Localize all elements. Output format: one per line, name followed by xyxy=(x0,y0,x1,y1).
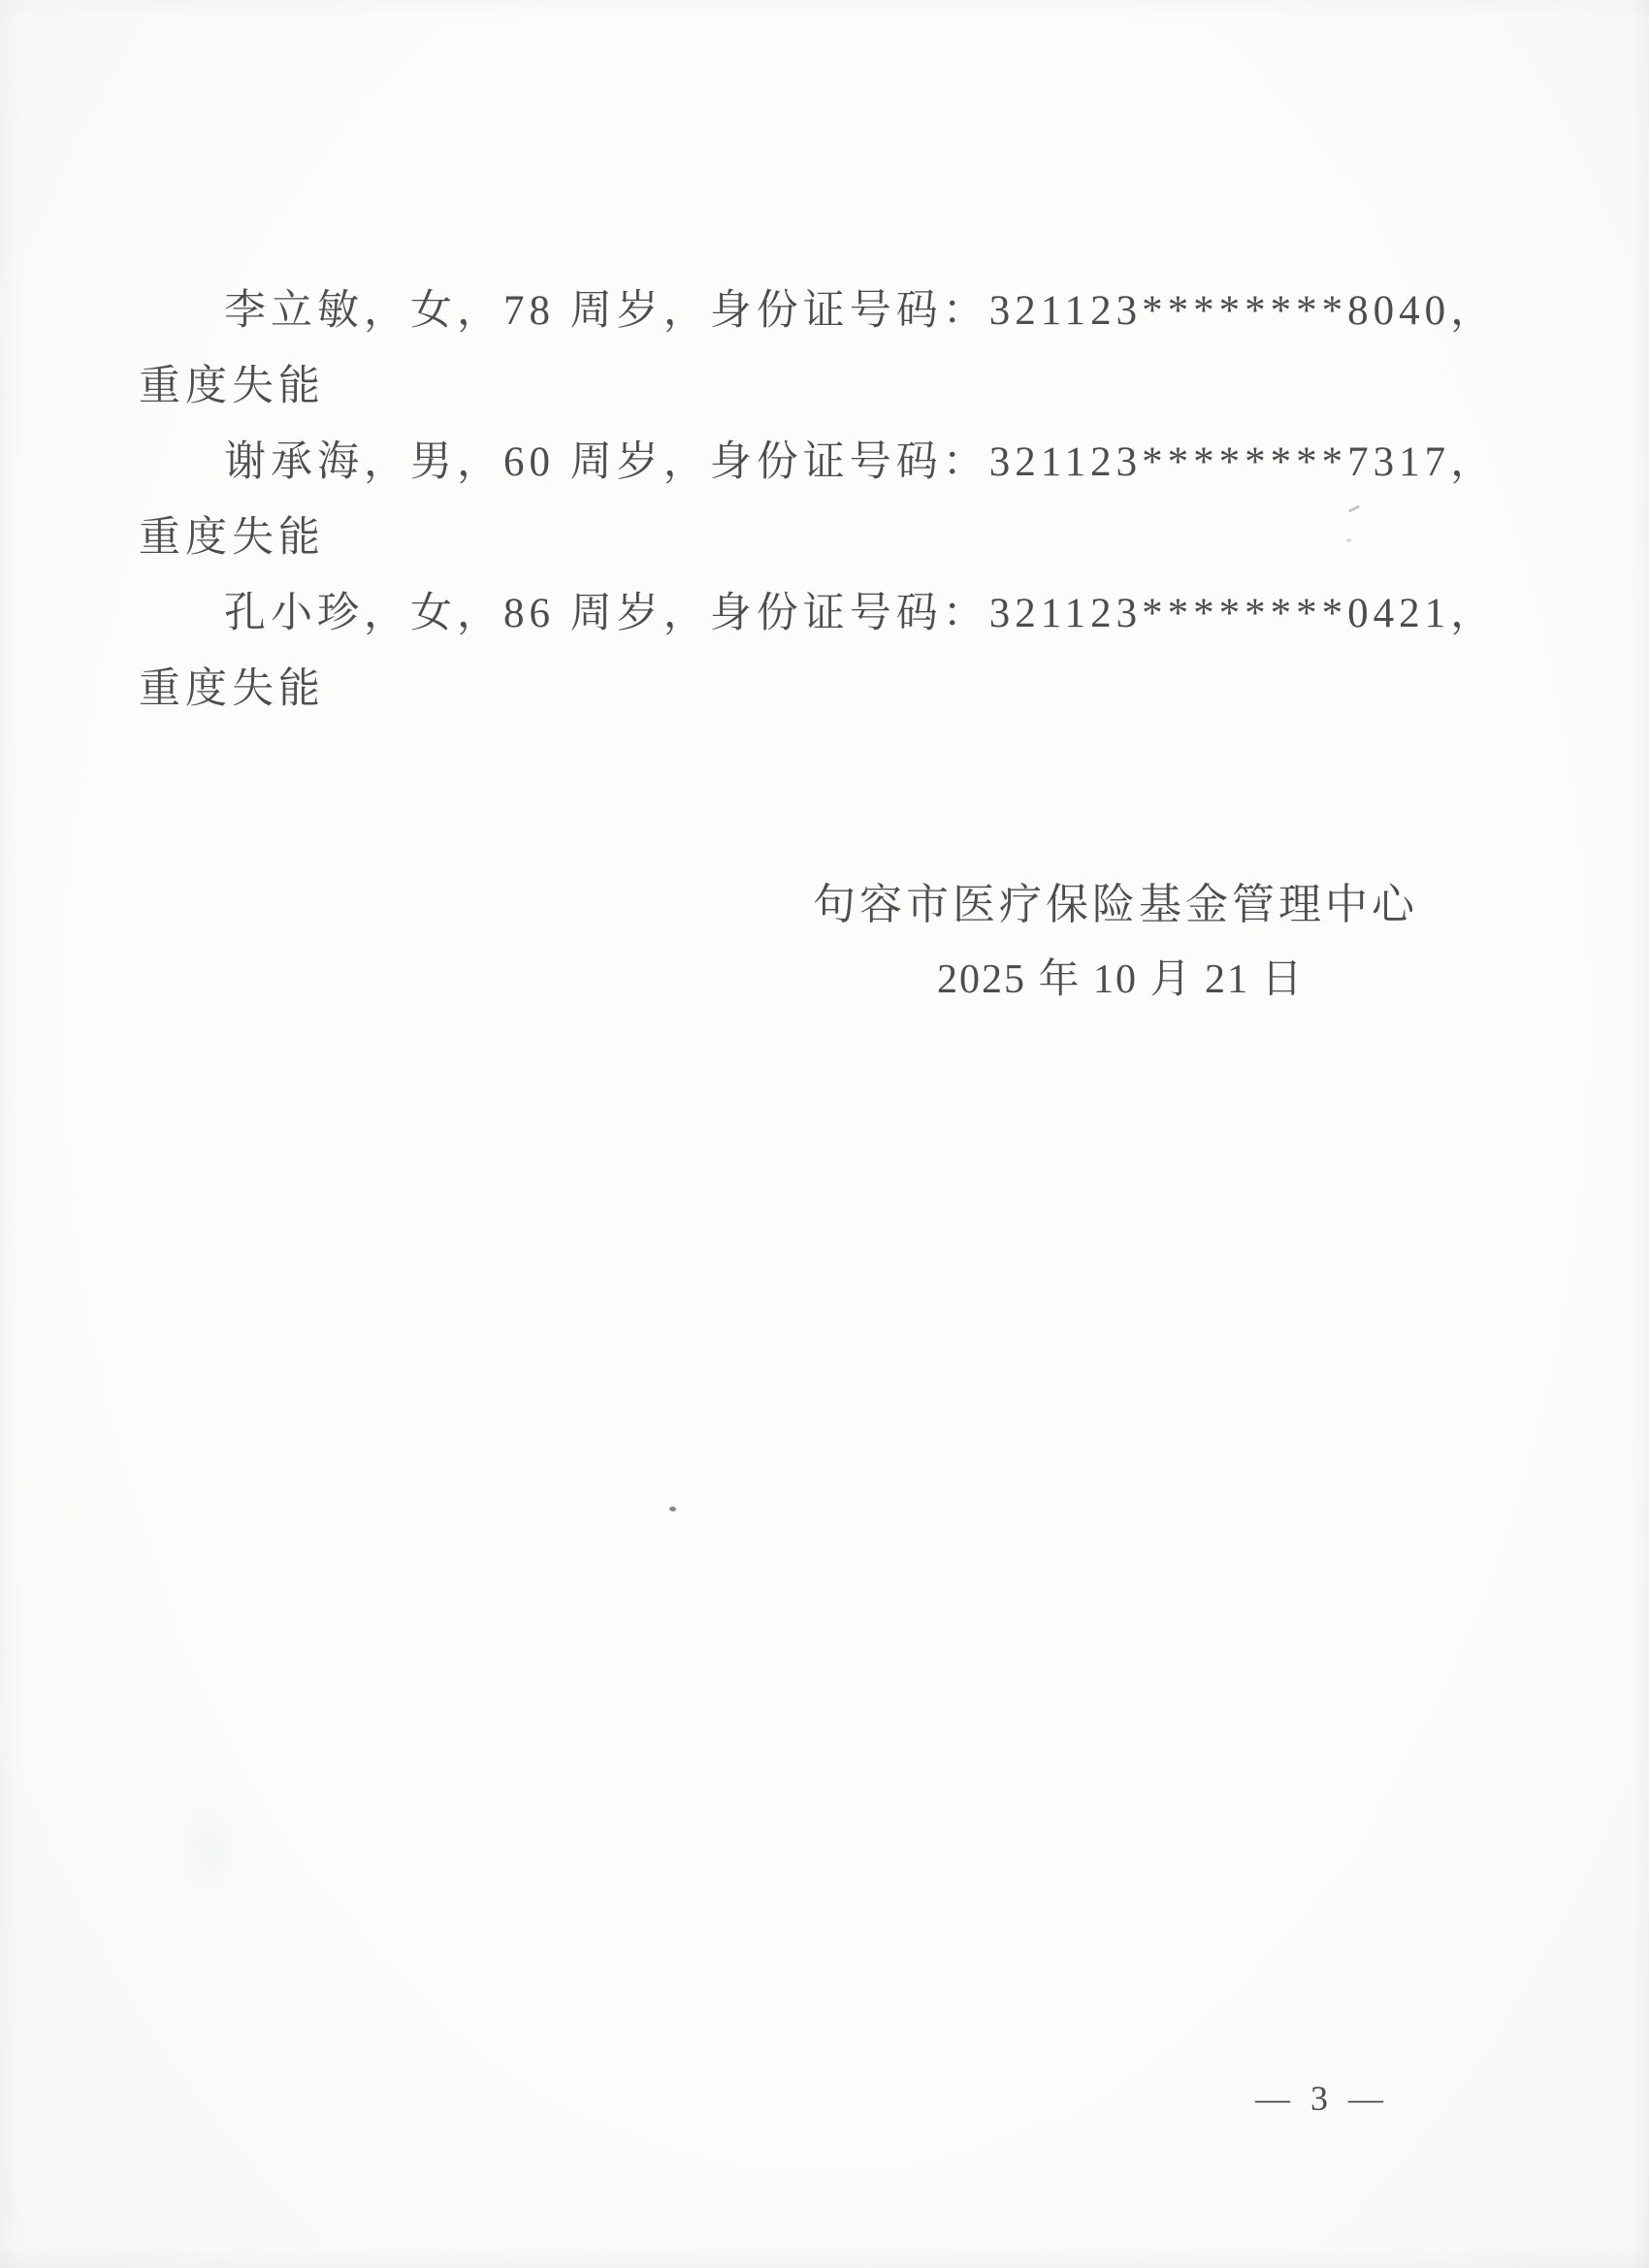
page-number: — 3 — xyxy=(1255,2078,1389,2119)
person-entry-line: 谢承海，男，60 周岁，身份证号码：321123********7317， xyxy=(139,425,1536,501)
issue-date: 2025 年 10 月 21 日 xyxy=(937,947,1305,1005)
document-body: 李立敏，女，78 周岁，身份证号码：321123********8040， 重度… xyxy=(139,274,1536,728)
scan-speck-artifact xyxy=(1346,538,1351,542)
disability-status-line: 重度失能 xyxy=(139,652,1536,728)
scan-smudge-artifact xyxy=(170,1790,247,1906)
issuer-signature: 句容市医疗保险基金管理中心 xyxy=(813,869,1418,931)
person-entry-line: 孔小珍，女，86 周岁，身份证号码：321123********0421， xyxy=(139,576,1536,652)
scanned-document-page: 李立敏，女，78 周岁，身份证号码：321123********8040， 重度… xyxy=(0,0,1649,2268)
scan-speck-artifact xyxy=(668,1506,676,1512)
disability-status-line: 重度失能 xyxy=(139,349,1536,425)
person-entry-line: 李立敏，女，78 周岁，身份证号码：321123********8040， xyxy=(139,274,1536,349)
disability-status-line: 重度失能 xyxy=(139,501,1536,576)
